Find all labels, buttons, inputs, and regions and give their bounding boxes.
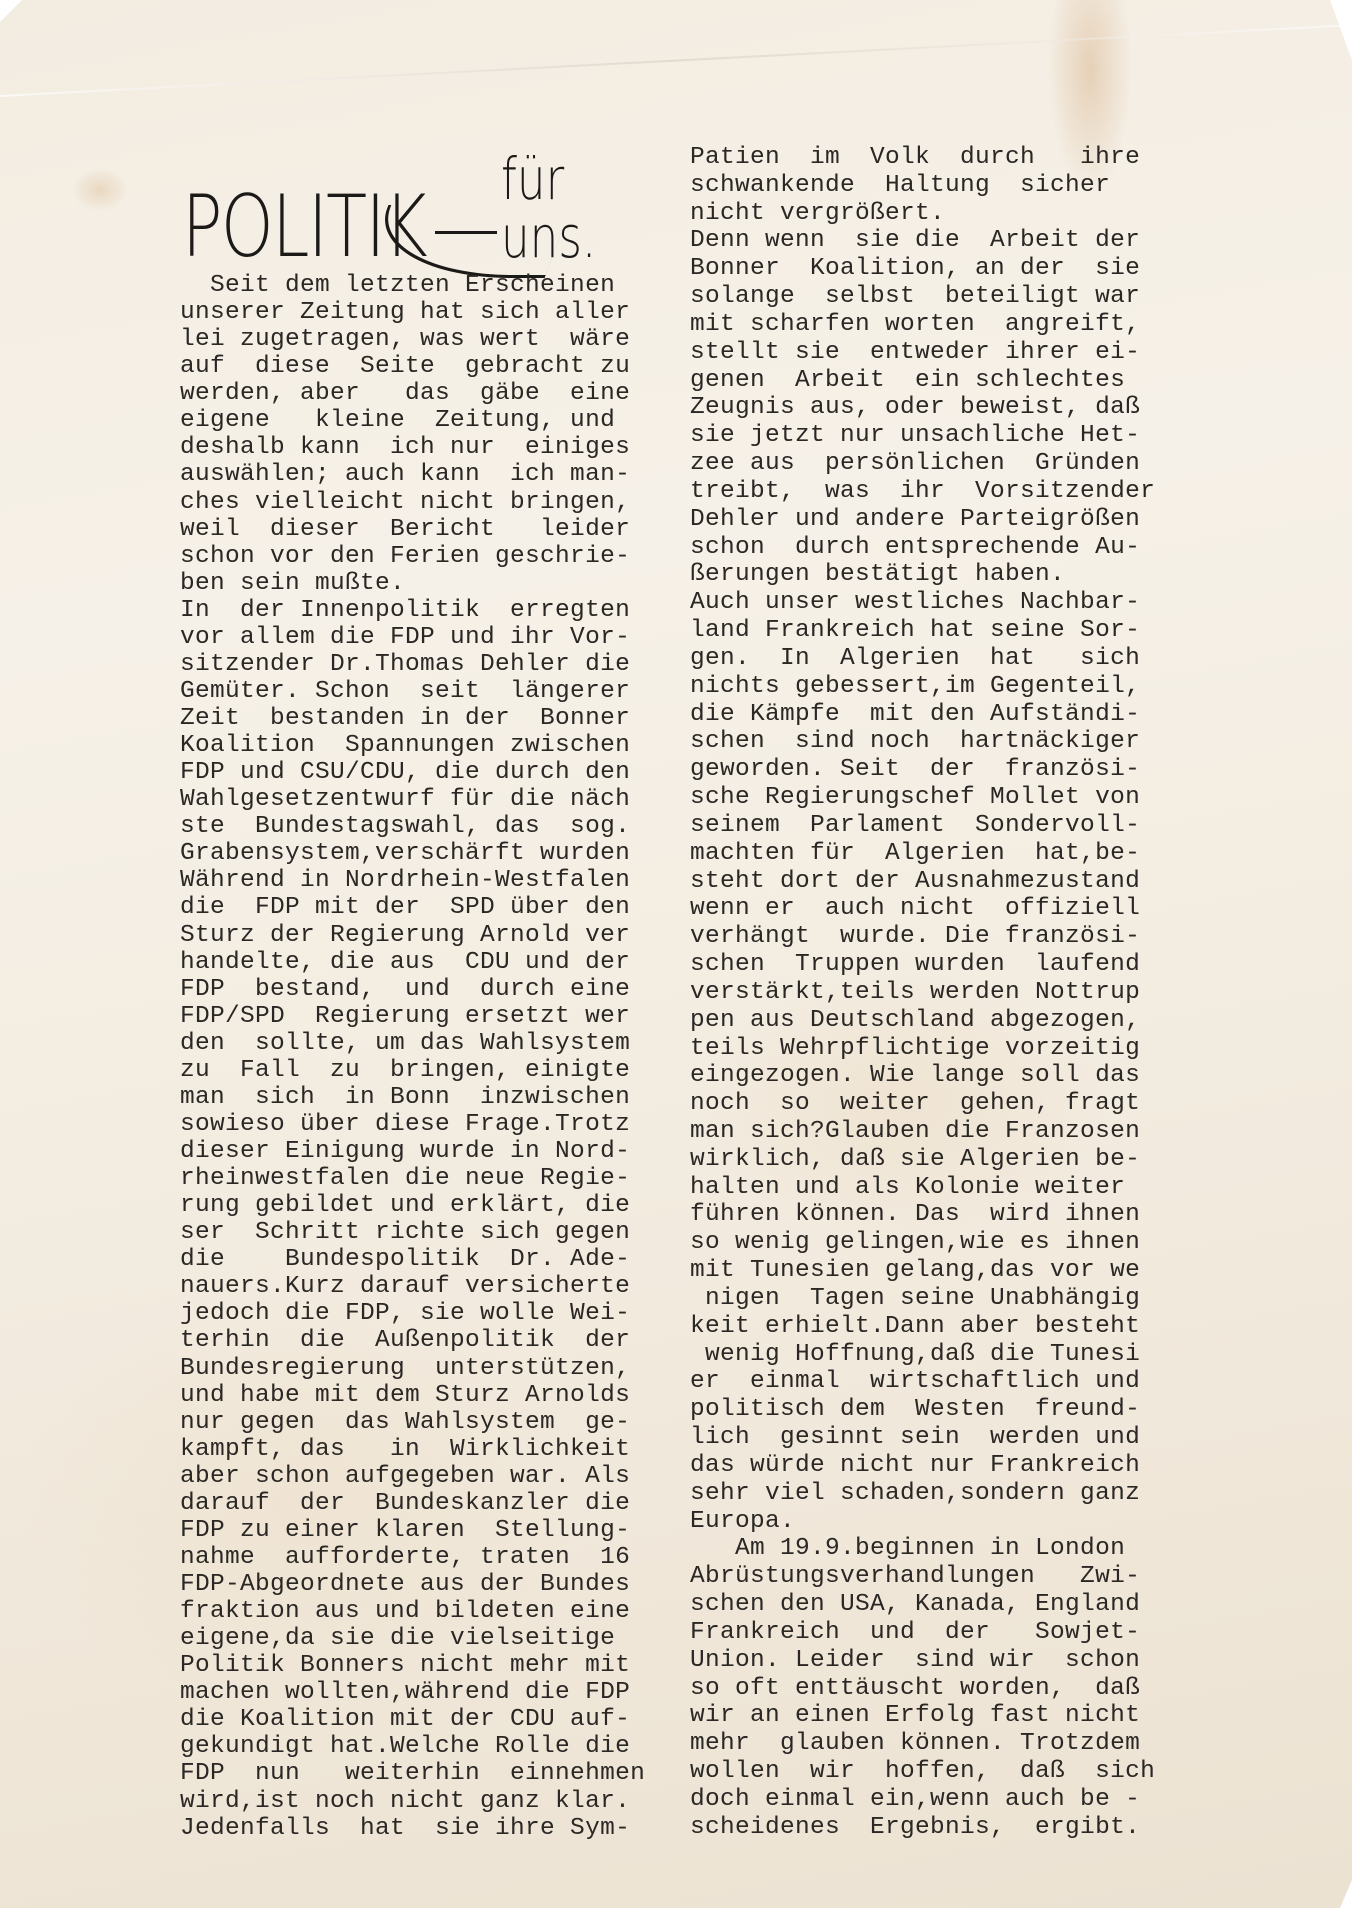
text-line: politisch dem Westen freund- xyxy=(690,1396,1205,1424)
text-line: Union. Leider sind wir schon xyxy=(690,1647,1205,1675)
text-line: FDP zu einer klaren Stellung- xyxy=(180,1517,680,1544)
text-line: sowieso über diese Frage.Trotz xyxy=(180,1111,680,1138)
text-line: Am 19.9.beginnen in London xyxy=(690,1535,1205,1563)
text-line: teils Wehrpflichtige vorzeitig xyxy=(690,1035,1205,1063)
text-line: zee aus persönlichen Gründen xyxy=(690,450,1205,478)
text-line: ser Schritt richte sich gegen xyxy=(180,1219,680,1246)
text-line: sie jetzt nur unsachliche Het- xyxy=(690,422,1205,450)
text-line: wenig Hoffnung,daß die Tunesi xyxy=(690,1341,1205,1369)
text-line: doch einmal ein,wenn auch be - xyxy=(690,1786,1205,1814)
text-line: pen aus Deutschland abgezogen, xyxy=(690,1007,1205,1035)
text-line: ben sein mußte. xyxy=(180,570,680,597)
text-line: Auch unser westliches Nachbar- xyxy=(690,589,1205,617)
text-line: scheidenes Ergebnis, ergibt. xyxy=(690,1814,1205,1842)
text-line: wird,ist noch nicht ganz klar. xyxy=(180,1788,680,1815)
text-line: seinem Parlament Sondervoll- xyxy=(690,812,1205,840)
text-line: verhängt wurde. Die französi- xyxy=(690,923,1205,951)
text-line: nauers.Kurz darauf versicherte xyxy=(180,1273,680,1300)
text-line: FDP bestand, und durch eine xyxy=(180,976,680,1003)
text-line: die Bundespolitik Dr. Ade- xyxy=(180,1246,680,1273)
text-line: sehr viel schaden,sondern ganz xyxy=(690,1480,1205,1508)
text-line: Zeit bestanden in der Bonner xyxy=(180,705,680,732)
text-line: nur gegen das Wahlsystem ge- xyxy=(180,1409,680,1436)
text-line: FDP und CSU/CDU, die durch den xyxy=(180,759,680,786)
text-line: Dehler und andere Parteigrößen xyxy=(690,506,1205,534)
text-line: nahme aufforderte, traten 16 xyxy=(180,1544,680,1571)
text-line: und habe mit dem Sturz Arnolds xyxy=(180,1382,680,1409)
right-column-text: Patien im Volk durch ihreschwankende Hal… xyxy=(690,144,1205,1842)
text-line: die Koalition mit der CDU auf- xyxy=(180,1706,680,1733)
text-line: FDP-Abgeordnete aus der Bundes xyxy=(180,1571,680,1598)
text-line: geworden. Seit der französi- xyxy=(690,756,1205,784)
text-line: schen sind noch hartnäckiger xyxy=(690,728,1205,756)
text-line: auswählen; auch kann ich man- xyxy=(180,461,680,488)
text-line: stellt sie entweder ihrer ei- xyxy=(690,339,1205,367)
text-line: Bonner Koalition, an der sie xyxy=(690,255,1205,283)
text-line: nicht vergrößert. xyxy=(690,200,1205,228)
text-line: genen Arbeit ein schlechtes xyxy=(690,367,1205,395)
text-line: Wahlgesetzentwurf für die näch xyxy=(180,786,680,813)
text-line: wirklich, daß sie Algerien be- xyxy=(690,1146,1205,1174)
text-line: land Frankreich hat seine Sor- xyxy=(690,617,1205,645)
text-line: treibt, was ihr Vorsitzender xyxy=(690,478,1205,506)
text-line: Frankreich und der Sowjet- xyxy=(690,1619,1205,1647)
text-line: unserer Zeitung hat sich aller xyxy=(180,299,680,326)
text-line: auf diese Seite gebracht zu xyxy=(180,353,680,380)
text-line: lich gesinnt sein werden und xyxy=(690,1424,1205,1452)
text-line: Seit dem letzten Erscheinen xyxy=(180,272,680,299)
text-line: keit erhielt.Dann aber besteht xyxy=(690,1313,1205,1341)
text-line: eingezogen. Wie lange soll das xyxy=(690,1062,1205,1090)
text-line: Sturz der Regierung Arnold ver xyxy=(180,922,680,949)
text-line: vor allem die FDP und ihr Vor- xyxy=(180,624,680,651)
text-line: Bundesregierung unterstützen, xyxy=(180,1355,680,1382)
text-line: Zeugnis aus, oder beweist, daß xyxy=(690,394,1205,422)
text-line: machten für Algerien hat,be- xyxy=(690,840,1205,868)
text-line: eigene kleine Zeitung, und xyxy=(180,407,680,434)
text-line: FDP nun weiterhin einnehmen xyxy=(180,1760,680,1787)
text-line: mit Tunesien gelang,das vor we xyxy=(690,1257,1205,1285)
text-line: den sollte, um das Wahlsystem xyxy=(180,1030,680,1057)
text-line: Gemüter. Schon seit längerer xyxy=(180,678,680,705)
text-line: FDP/SPD Regierung ersetzt wer xyxy=(180,1003,680,1030)
text-line: jedoch die FDP, sie wolle Wei- xyxy=(180,1300,680,1327)
text-line: rung gebildet und erklärt, die xyxy=(180,1192,680,1219)
text-line: mit scharfen worten angreift, xyxy=(690,311,1205,339)
text-line: zu Fall zu bringen, einigte xyxy=(180,1057,680,1084)
text-line: wir an einen Erfolg fast nicht xyxy=(690,1702,1205,1730)
text-line: er einmal wirtschaftlich und xyxy=(690,1368,1205,1396)
text-line: das würde nicht nur Frankreich xyxy=(690,1452,1205,1480)
text-line: schon durch entsprechende Au- xyxy=(690,534,1205,562)
text-line: steht dort der Ausnahmezustand xyxy=(690,868,1205,896)
text-line: Jedenfalls hat sie ihre Sym- xyxy=(180,1815,680,1842)
text-line: wenn er auch nicht offiziell xyxy=(690,895,1205,923)
text-line: Während in Nordrhein-Westfalen xyxy=(180,867,680,894)
text-line: handelte, die aus CDU und der xyxy=(180,949,680,976)
text-line: Patien im Volk durch ihre xyxy=(690,144,1205,172)
text-line: aber schon aufgegeben war. Als xyxy=(180,1463,680,1490)
text-line: In der Innenpolitik erregten xyxy=(180,597,680,624)
text-line: schen Truppen wurden laufend xyxy=(690,951,1205,979)
text-line: machen wollten,während die FDP xyxy=(180,1679,680,1706)
text-line: werden, aber das gäbe eine xyxy=(180,380,680,407)
text-line: die Kämpfe mit den Aufständi- xyxy=(690,701,1205,729)
text-line: nigen Tagen seine Unabhängig xyxy=(690,1285,1205,1313)
text-line: die FDP mit der SPD über den xyxy=(180,894,680,921)
text-line: ßerungen bestätigt haben. xyxy=(690,561,1205,589)
left-column-text: Seit dem letzten Erscheinenunserer Zeitu… xyxy=(180,272,680,1842)
text-line: kampft, das in Wirklichkeit xyxy=(180,1436,680,1463)
text-line: Politik Bonners nicht mehr mit xyxy=(180,1652,680,1679)
paper-sheet: POLITIK für uns. Seit dem letzten Ersche… xyxy=(0,0,1352,1908)
text-line: deshalb kann ich nur einiges xyxy=(180,434,680,461)
text-line: Europa. xyxy=(690,1508,1205,1536)
text-line: solange selbst beteiligt war xyxy=(690,283,1205,311)
text-line: nichts gebessert,im Gegenteil, xyxy=(690,673,1205,701)
text-line: dieser Einigung wurde in Nord- xyxy=(180,1138,680,1165)
text-line: schwankende Haltung sicher xyxy=(690,172,1205,200)
text-line: Abrüstungsverhandlungen Zwi- xyxy=(690,1563,1205,1591)
text-line: lei zugetragen, was wert wäre xyxy=(180,326,680,353)
text-line: verstärkt,teils werden Nottrup xyxy=(690,979,1205,1007)
text-line: fraktion aus und bildeten eine xyxy=(180,1598,680,1625)
text-line: gen. In Algerien hat sich xyxy=(690,645,1205,673)
text-line: führen können. Das wird ihnen xyxy=(690,1201,1205,1229)
text-line: man sich in Bonn inzwischen xyxy=(180,1084,680,1111)
text-line: terhin die Außenpolitik der xyxy=(180,1327,680,1354)
text-line: ches vielleicht nicht bringen, xyxy=(180,489,680,516)
text-line: darauf der Bundeskanzler die xyxy=(180,1490,680,1517)
text-line: Grabensystem,verschärft wurden xyxy=(180,840,680,867)
text-line: Koalition Spannungen zwischen xyxy=(180,732,680,759)
text-line: gekundigt hat.Welche Rolle die xyxy=(180,1733,680,1760)
text-line: schen den USA, Kanada, England xyxy=(690,1591,1205,1619)
text-line: schon vor den Ferien geschrie- xyxy=(180,543,680,570)
text-line: halten und als Kolonie weiter xyxy=(690,1174,1205,1202)
text-line: eigene,da sie die vielseitige xyxy=(180,1625,680,1652)
text-line: wollen wir hoffen, daß sich xyxy=(690,1758,1205,1786)
text-line: man sich?Glauben die Franzosen xyxy=(690,1118,1205,1146)
text-line: mehr glauben können. Trotzdem xyxy=(690,1730,1205,1758)
text-line: ste Bundestagswahl, das sog. xyxy=(180,813,680,840)
text-line: noch so weiter gehen, fragt xyxy=(690,1090,1205,1118)
text-line: so oft enttäuscht worden, daß xyxy=(690,1675,1205,1703)
paper-fold-crease xyxy=(0,24,1350,97)
text-line: sitzender Dr.Thomas Dehler die xyxy=(180,651,680,678)
text-line: rheinwestfalen die neue Regie- xyxy=(180,1165,680,1192)
text-line: so wenig gelingen,wie es ihnen xyxy=(690,1229,1205,1257)
text-line: Denn wenn sie die Arbeit der xyxy=(690,227,1205,255)
text-line: sche Regierungschef Mollet von xyxy=(690,784,1205,812)
text-line: weil dieser Bericht leider xyxy=(180,516,680,543)
